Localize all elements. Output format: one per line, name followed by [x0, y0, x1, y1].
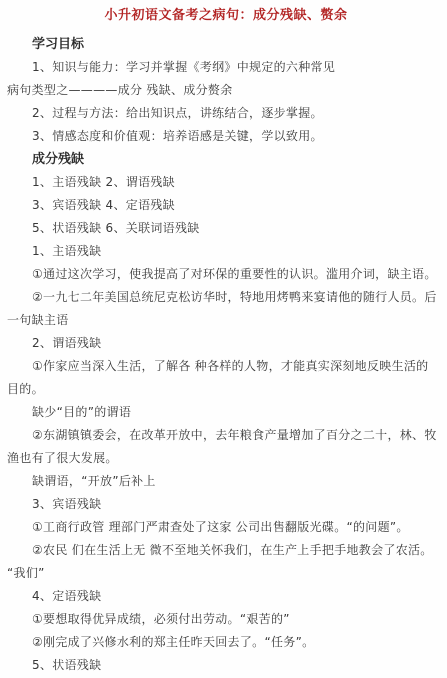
text-line: 1、知识与能力：学习并掌握《考纲》中规定的六种常见 — [7, 56, 445, 79]
text-line: ②刚完成了兴修水利的郑主任昨天回去了。“任务”。 — [7, 631, 445, 654]
text-line: 一句缺主语 — [7, 309, 445, 332]
document-body: 学习目标1、知识与能力：学习并掌握《考纲》中规定的六种常见病句类型之————成分… — [7, 33, 445, 677]
text-line: 目的。 — [7, 378, 445, 401]
section-heading: 成分残缺 — [7, 148, 445, 171]
text-line: 3、情感态度和价值观：培养语感是关键，学以致用。 — [7, 125, 445, 148]
document-page: 小升初语文备考之病句：成分残缺、赘余 学习目标1、知识与能力：学习并掌握《考纲》… — [0, 0, 447, 678]
text-line: 1、主语残缺 2、谓语残缺 — [7, 171, 445, 194]
text-line: ②一九七二年美国总统尼克松访华时，特地用烤鸭来宴请他的随行人员。后 — [7, 286, 445, 309]
section-heading: 学习目标 — [7, 33, 445, 56]
text-line: ②农民 们在生活上无 微不至地关怀我们，在生产上手把手地教会了农活。 — [7, 539, 445, 562]
text-line: 缺少“目的”的谓语 — [7, 401, 445, 424]
text-line: “我们” — [7, 562, 445, 585]
text-line: 5、状语残缺 — [7, 654, 445, 677]
text-line: 2、谓语残缺 — [7, 332, 445, 355]
text-line: 缺谓语，“开放”后补上 — [7, 470, 445, 493]
text-line: 病句类型之————成分 残缺、成分赘余 — [7, 79, 445, 102]
text-line: 渔也有了很大发展。 — [7, 447, 445, 470]
text-line: 4、定语残缺 — [7, 585, 445, 608]
text-line: 2、过程与方法：给出知识点，讲练结合，逐步掌握。 — [7, 102, 445, 125]
text-line: ①作家应当深入生活，了解各 种各样的人物，才能真实深刻地反映生活的 — [7, 355, 445, 378]
text-line: ①要想取得优异成绩，必须付出劳动。“艰苦的” — [7, 608, 445, 631]
text-line: 3、宾语残缺 4、定语残缺 — [7, 194, 445, 217]
text-line: ②东湖镇镇委会，在改革开放中，去年粮食产量增加了百分之二十，林、牧 — [7, 424, 445, 447]
text-line: 5、状语残缺 6、关联词语残缺 — [7, 217, 445, 240]
page-title: 小升初语文备考之病句：成分残缺、赘余 — [7, 5, 445, 27]
text-line: ①工商行政管 理部门严肃查处了这家 公司出售翻版光碟。“的问题”。 — [7, 516, 445, 539]
text-line: 1、主语残缺 — [7, 240, 445, 263]
text-line: ①通过这次学习，使我提高了对环保的重要性的认识。滥用介词，缺主语。 — [7, 263, 445, 286]
text-line: 3、宾语残缺 — [7, 493, 445, 516]
